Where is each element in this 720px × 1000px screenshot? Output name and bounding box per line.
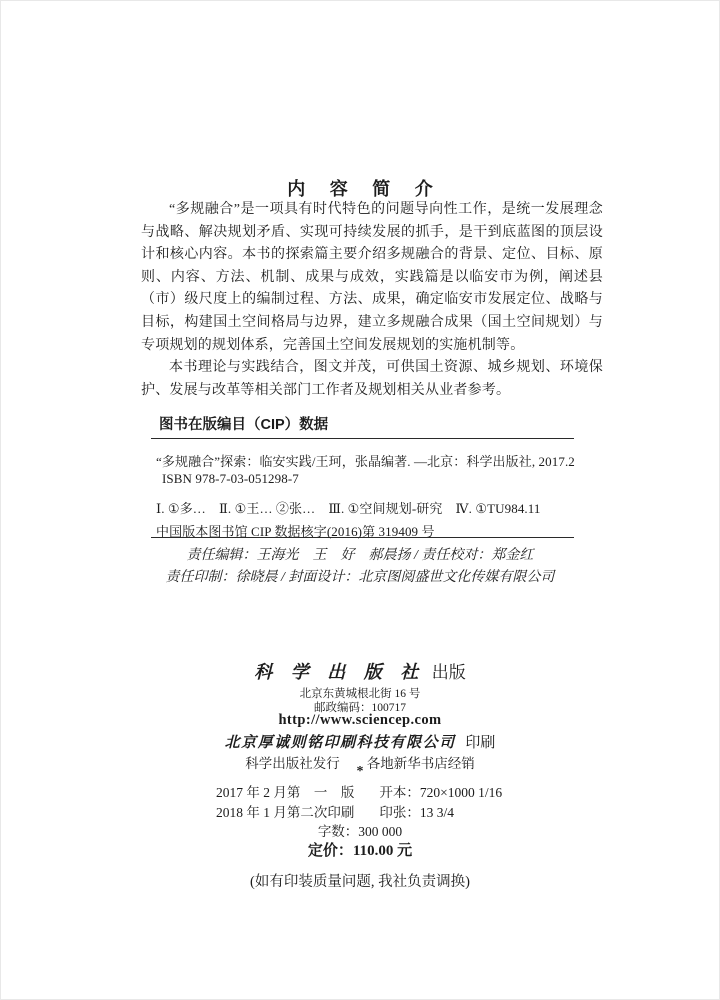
format-spec: 开本：720×1000 1/16 (379, 785, 502, 800)
printer-line: 北京厚诚则铭印刷科技有限公司 印刷 (1, 731, 719, 752)
printing-row: 2018 年 1 月第二次印刷 印张：13 3/4 (216, 801, 454, 821)
cip-classification: Ⅰ. ①多… Ⅱ. ①王… ②张… Ⅲ. ①空间规划-研究 Ⅳ. ①TU984.… (156, 498, 541, 517)
publisher-name-suffix: 出版 (432, 663, 466, 682)
printer-suffix: 印刷 (465, 735, 495, 751)
summary-paragraph-2: 本书理论与实践结合，图文并茂，可供国土资源、城乡规划、环境保护、发展与改革等相关… (141, 357, 603, 402)
edition-date: 2017 年 2 月第 一 版 (216, 781, 376, 801)
publisher-name: 科 学 出 版 社 (254, 662, 425, 682)
divider-asterisk: * (1, 764, 719, 780)
printer-name: 北京厚诚则铭印刷科技有限公司 (225, 735, 456, 751)
printing-date: 2018 年 1 月第二次印刷 (216, 801, 376, 821)
edition-row: 2017 年 2 月第 一 版 开本：720×1000 1/16 (216, 781, 502, 801)
credits-printing-line: 责任印制：徐晓晨 / 封面设计：北京图阅盛世文化传媒有限公司 (1, 567, 719, 589)
cip-header: 图书在版编目（CIP）数据 (159, 413, 328, 434)
cip-isbn: ISBN 978-7-03-051298-7 (162, 471, 299, 487)
cip-bottom-rule (151, 537, 574, 538)
page-title: 内 容 简 介 (1, 175, 719, 201)
cip-title-line: “多规融合”探索：临安实践/王珂，张晶编著. —北京：科学出版社, 2017.2 (156, 451, 575, 470)
quality-note: (如有印装质量问题, 我社负责调换) (1, 870, 719, 891)
cip-top-rule (151, 438, 574, 439)
sheets-spec: 印张：13 3/4 (379, 805, 454, 820)
summary-paragraph-1: “多规融合”是一项具有时代特色的问题导向性工作，是统一发展理念与战略、解决规划矛… (141, 199, 603, 357)
content-summary: “多规融合”是一项具有时代特色的问题导向性工作，是统一发展理念与战略、解决规划矛… (141, 199, 603, 402)
publisher-name-line: 科 学 出 版 社 出版 (1, 658, 719, 684)
word-count: 字数：300 000 (1, 820, 719, 840)
staff-credits: 责任编辑：王海光 王 好 郝晨扬 / 责任校对：郑金红 责任印制：徐晓晨 / 封… (1, 545, 719, 589)
price: 定价：110.00 元 (1, 839, 719, 860)
credits-editors-line: 责任编辑：王海光 王 好 郝晨扬 / 责任校对：郑金红 (1, 545, 719, 567)
book-copyright-page: 内 容 简 介 “多规融合”是一项具有时代特色的问题导向性工作，是统一发展理念与… (0, 0, 720, 1000)
publisher-website: http://www.sciencep.com (1, 712, 719, 729)
